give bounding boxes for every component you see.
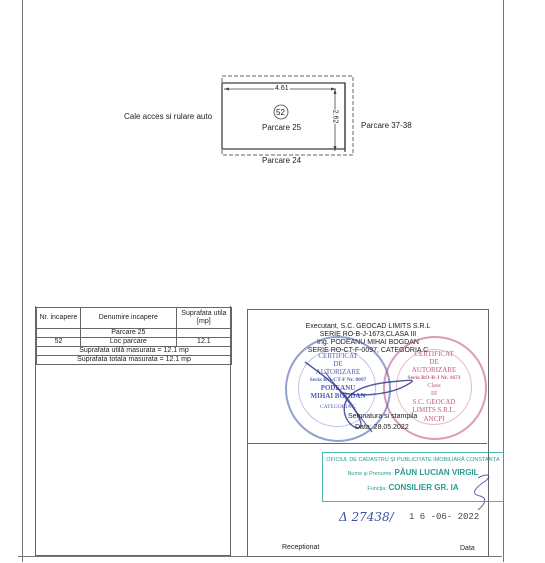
signature-stamp-label: Semnatura si stampila bbox=[348, 413, 417, 420]
ocpi-office-name: OFICIUL DE CADASTRU ŞI PUBLICITATE IMOBI… bbox=[323, 457, 503, 463]
red-stamp-line: Clasa bbox=[396, 382, 472, 390]
executant-line-1: Executant, S.C. GEOCAD LIMITS S.R.L bbox=[248, 323, 488, 331]
header-room-name: Denumire incapere bbox=[80, 308, 176, 329]
blue-stamp-ring-text: CATEGORIA C bbox=[300, 403, 376, 411]
ocpi-function-row: Funcţia: CONSILIER GR. IA bbox=[323, 483, 503, 492]
cell-nr: 52 bbox=[37, 338, 81, 347]
blue-stamp-line: CERTIFICAT bbox=[300, 352, 376, 360]
red-stamp-line: CERTIFICAT bbox=[396, 350, 472, 358]
blue-stamp-line: DE bbox=[300, 360, 376, 368]
unit-number: 52 bbox=[276, 108, 285, 117]
table-header-row: Nr. incapere Denumire incapere Suprafata… bbox=[37, 308, 232, 329]
ocpi-name-value: PĂUN LUCIAN VIRGIL bbox=[395, 468, 479, 477]
access-road-label: Cale acces si rulare auto bbox=[124, 112, 212, 121]
table-row: Parcare 25 bbox=[37, 329, 232, 338]
width-dimension: 4.61 bbox=[274, 85, 290, 92]
cell-area: 12.1 bbox=[176, 338, 231, 347]
parking-plan-drawing: Cale acces si rulare auto Parcare 37-38 … bbox=[0, 0, 545, 280]
ocpi-name-label: Nume şi Prenume: bbox=[347, 471, 393, 477]
total-area: Suprafata totala masurata = 12.1 mp bbox=[37, 356, 232, 365]
red-stamp-line: S.C. GEOCAD bbox=[396, 398, 472, 406]
ocpi-reception-stamp: OFICIUL DE CADASTRU ŞI PUBLICITATE IMOBI… bbox=[322, 452, 504, 502]
ocpi-function-value: CONSILIER GR. IA bbox=[388, 483, 458, 492]
cell-nr bbox=[37, 329, 81, 338]
blue-stamp-line: PODEANU bbox=[300, 384, 376, 392]
red-stamp-line: DE bbox=[396, 358, 472, 366]
reception-date-stamp: 1 6 -06- 2022 bbox=[409, 512, 479, 522]
executant-line-2: SERIE RO-B-J-1673,CLASA III bbox=[248, 331, 488, 339]
ocpi-function-label: Funcţia: bbox=[367, 486, 387, 492]
blue-stamp-text: CERTIFICAT DE AUTORIZARE Seria RO-CT-F N… bbox=[300, 352, 376, 411]
table-row: 52 Loc parcare 12.1 bbox=[37, 338, 232, 347]
height-dimension: 2.62 bbox=[331, 110, 338, 124]
total-area-row: Suprafata totala masurata = 12.1 mp bbox=[37, 356, 232, 365]
surface-table: Nr. incapere Denumire incapere Suprafata… bbox=[36, 307, 232, 365]
header-room-number: Nr. incapere bbox=[37, 308, 81, 329]
red-stamp-line: AUTORIZARE bbox=[396, 366, 472, 374]
blue-stamp-line: Seria RO-CT-F Nr. 0097 bbox=[300, 376, 376, 384]
unit-name: Parcare 25 bbox=[262, 123, 301, 132]
ocpi-name-row: Nume şi Prenume: PĂUN LUCIAN VIRGIL bbox=[323, 468, 503, 477]
useful-area-total-row: Suprafata utilă masurata = 12.1 mp bbox=[37, 347, 232, 356]
red-stamp-line: III bbox=[396, 390, 472, 398]
useful-area-total: Suprafata utilă masurata = 12.1 mp bbox=[37, 347, 232, 356]
blue-stamp-line: AUTORIZARE bbox=[300, 368, 376, 376]
blue-stamp-line: MIHAI BOGDAN bbox=[300, 392, 376, 400]
reception-date-label: Data bbox=[460, 545, 475, 552]
red-stamp-line: Seria RO-B-J Nr. 1673 bbox=[396, 374, 472, 382]
neighbor-parking-right-label: Parcare 37-38 bbox=[361, 121, 412, 130]
handwritten-registration-number: Δ 27438/ bbox=[339, 510, 394, 524]
panel-divider bbox=[247, 443, 487, 444]
cell-area bbox=[176, 329, 231, 338]
cell-name: Parcare 25 bbox=[80, 329, 176, 338]
neighbor-parking-bottom-label: Parcare 24 bbox=[262, 156, 301, 165]
cell-name: Loc parcare bbox=[80, 338, 176, 347]
header-useful-area: Suprafata utila [mp] bbox=[176, 308, 231, 329]
received-label: Receptionat bbox=[282, 544, 319, 551]
executant-date: Data: 28.05.2022 bbox=[355, 424, 409, 431]
